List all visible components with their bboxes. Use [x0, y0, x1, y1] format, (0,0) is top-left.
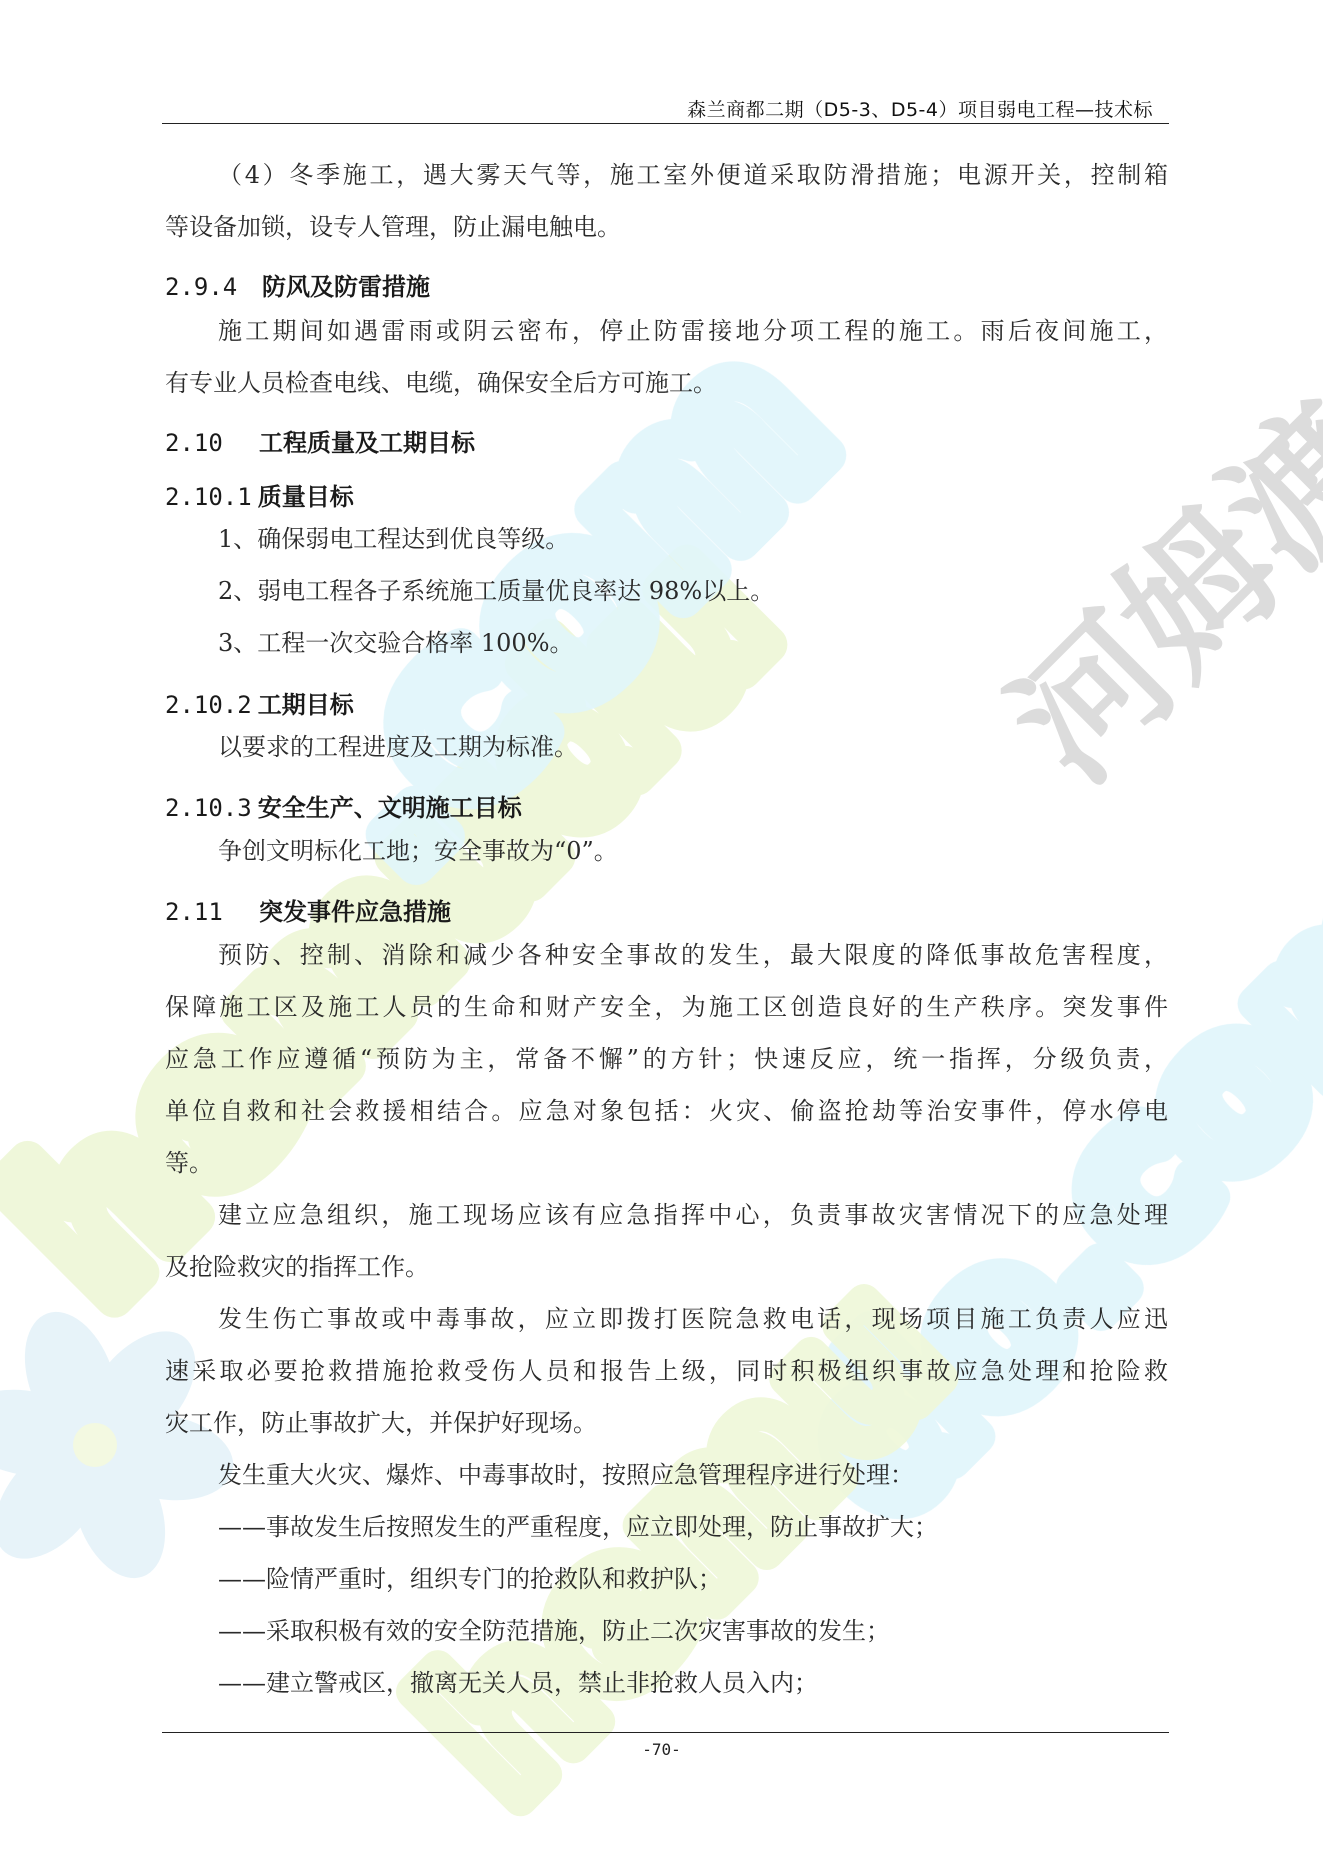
section-heading-2-9-4: 2.9.4防风及防雷措施	[165, 272, 430, 302]
paragraph-line: 发生重大火灾、爆炸、中毒事故时，按照应急管理程序进行处理：	[218, 1460, 1168, 1490]
section-heading-2-11: 2.11突发事件应急措施	[165, 897, 451, 927]
section-heading-2-10-2: 2.10.2工期目标	[165, 690, 354, 720]
section-number: 2.9.4	[165, 272, 262, 302]
dash-list-item: ——险情严重时，组织专门的抢救队和救护队；	[218, 1564, 1168, 1594]
paragraph-line: 保障施工区及施工人员的生命和财产安全，为施工区创造良好的生产秩序。突发事件	[165, 992, 1168, 1022]
section-heading-2-10-1: 2.10.1质量目标	[165, 482, 354, 512]
section-title: 质量目标	[258, 483, 354, 511]
footer-divider	[162, 1732, 1169, 1733]
section-title: 工程质量及工期目标	[259, 429, 475, 457]
paragraph-line: 有专业人员检查电线、电缆，确保安全后方可施工。	[165, 368, 1168, 398]
paragraph-line: 以要求的工程进度及工期为标准。	[218, 732, 1168, 762]
paragraph-line: 争创文明标化工地；安全事故为“0”。	[218, 836, 1168, 866]
paragraph-line: （4）冬季施工，遇大雾天气等，施工室外便道采取防滑措施；电源开关，控制箱	[218, 160, 1168, 190]
section-heading-2-10: 2.10工程质量及工期目标	[165, 428, 475, 458]
section-number: 2.10.1	[165, 482, 252, 512]
paragraph-line: 应急工作应遵循“预防为主，常备不懈”的方针；快速反应，统一指挥，分级负责，	[165, 1044, 1168, 1074]
section-title: 工期目标	[258, 691, 354, 719]
paragraph-line: 建立应急组织，施工现场应该有应急指挥中心，负责事故灾害情况下的应急处理	[218, 1200, 1168, 1230]
dash-list-item: ——建立警戒区，撤离无关人员，禁止非抢救人员入内；	[218, 1668, 1168, 1698]
section-title: 防风及防雷措施	[262, 273, 430, 301]
paragraph-line: 等。	[165, 1148, 1168, 1178]
page-header-title: 森兰商都二期（D5-3、D5-4）项目弱电工程—技术标	[687, 95, 1153, 122]
paragraph-line: 单位自救和社会救援相结合。应急对象包括：火灾、偷盗抢劫等治安事件，停水停电	[165, 1096, 1168, 1126]
page-number: -70-	[0, 1740, 1323, 1759]
section-title: 突发事件应急措施	[259, 898, 451, 926]
paragraph-line: 发生伤亡事故或中毒事故，应立即拨打医院急救电话，现场项目施工负责人应迅	[218, 1304, 1168, 1334]
document-page: 森兰商都二期（D5-3、D5-4）项目弱电工程—技术标 （4）冬季施工，遇大雾天…	[0, 0, 1323, 1871]
dash-list-item: ——采取积极有效的安全防范措施，防止二次灾害事故的发生；	[218, 1616, 1168, 1646]
dash-list-item: ——事故发生后按照发生的严重程度，应立即处理，防止事故扩大；	[218, 1512, 1168, 1542]
section-number: 2.11	[165, 897, 259, 927]
section-number: 2.10	[165, 428, 259, 458]
list-item: 2、弱电工程各子系统施工质量优良率达 98%以上。	[218, 576, 1168, 606]
list-item: 3、工程一次交验合格率 100%。	[218, 628, 1168, 658]
list-item: 1、确保弱电工程达到优良等级。	[218, 524, 1168, 554]
section-number: 2.10.2	[165, 690, 252, 720]
paragraph-line: 及抢险救灾的指挥工作。	[165, 1252, 1168, 1282]
paragraph-line: 速采取必要抢救措施抢救受伤人员和报告上级，同时积极组织事故应急处理和抢险救	[165, 1356, 1168, 1386]
paragraph-line: 预防、控制、消除和减少各种安全事故的发生，最大限度的降低事故危害程度，	[218, 940, 1168, 970]
header-divider	[162, 123, 1169, 124]
section-heading-2-10-3: 2.10.3安全生产、文明施工目标	[165, 793, 522, 823]
paragraph-line: 等设备加锁，设专人管理，防止漏电触电。	[165, 212, 1168, 242]
paragraph-line: 灾工作，防止事故扩大，并保护好现场。	[165, 1408, 1168, 1438]
paragraph-line: 施工期间如遇雷雨或阴云密布，停止防雷接地分项工程的施工。雨后夜间施工，	[218, 316, 1168, 346]
section-number: 2.10.3	[165, 793, 252, 823]
section-title: 安全生产、文明施工目标	[258, 794, 522, 822]
